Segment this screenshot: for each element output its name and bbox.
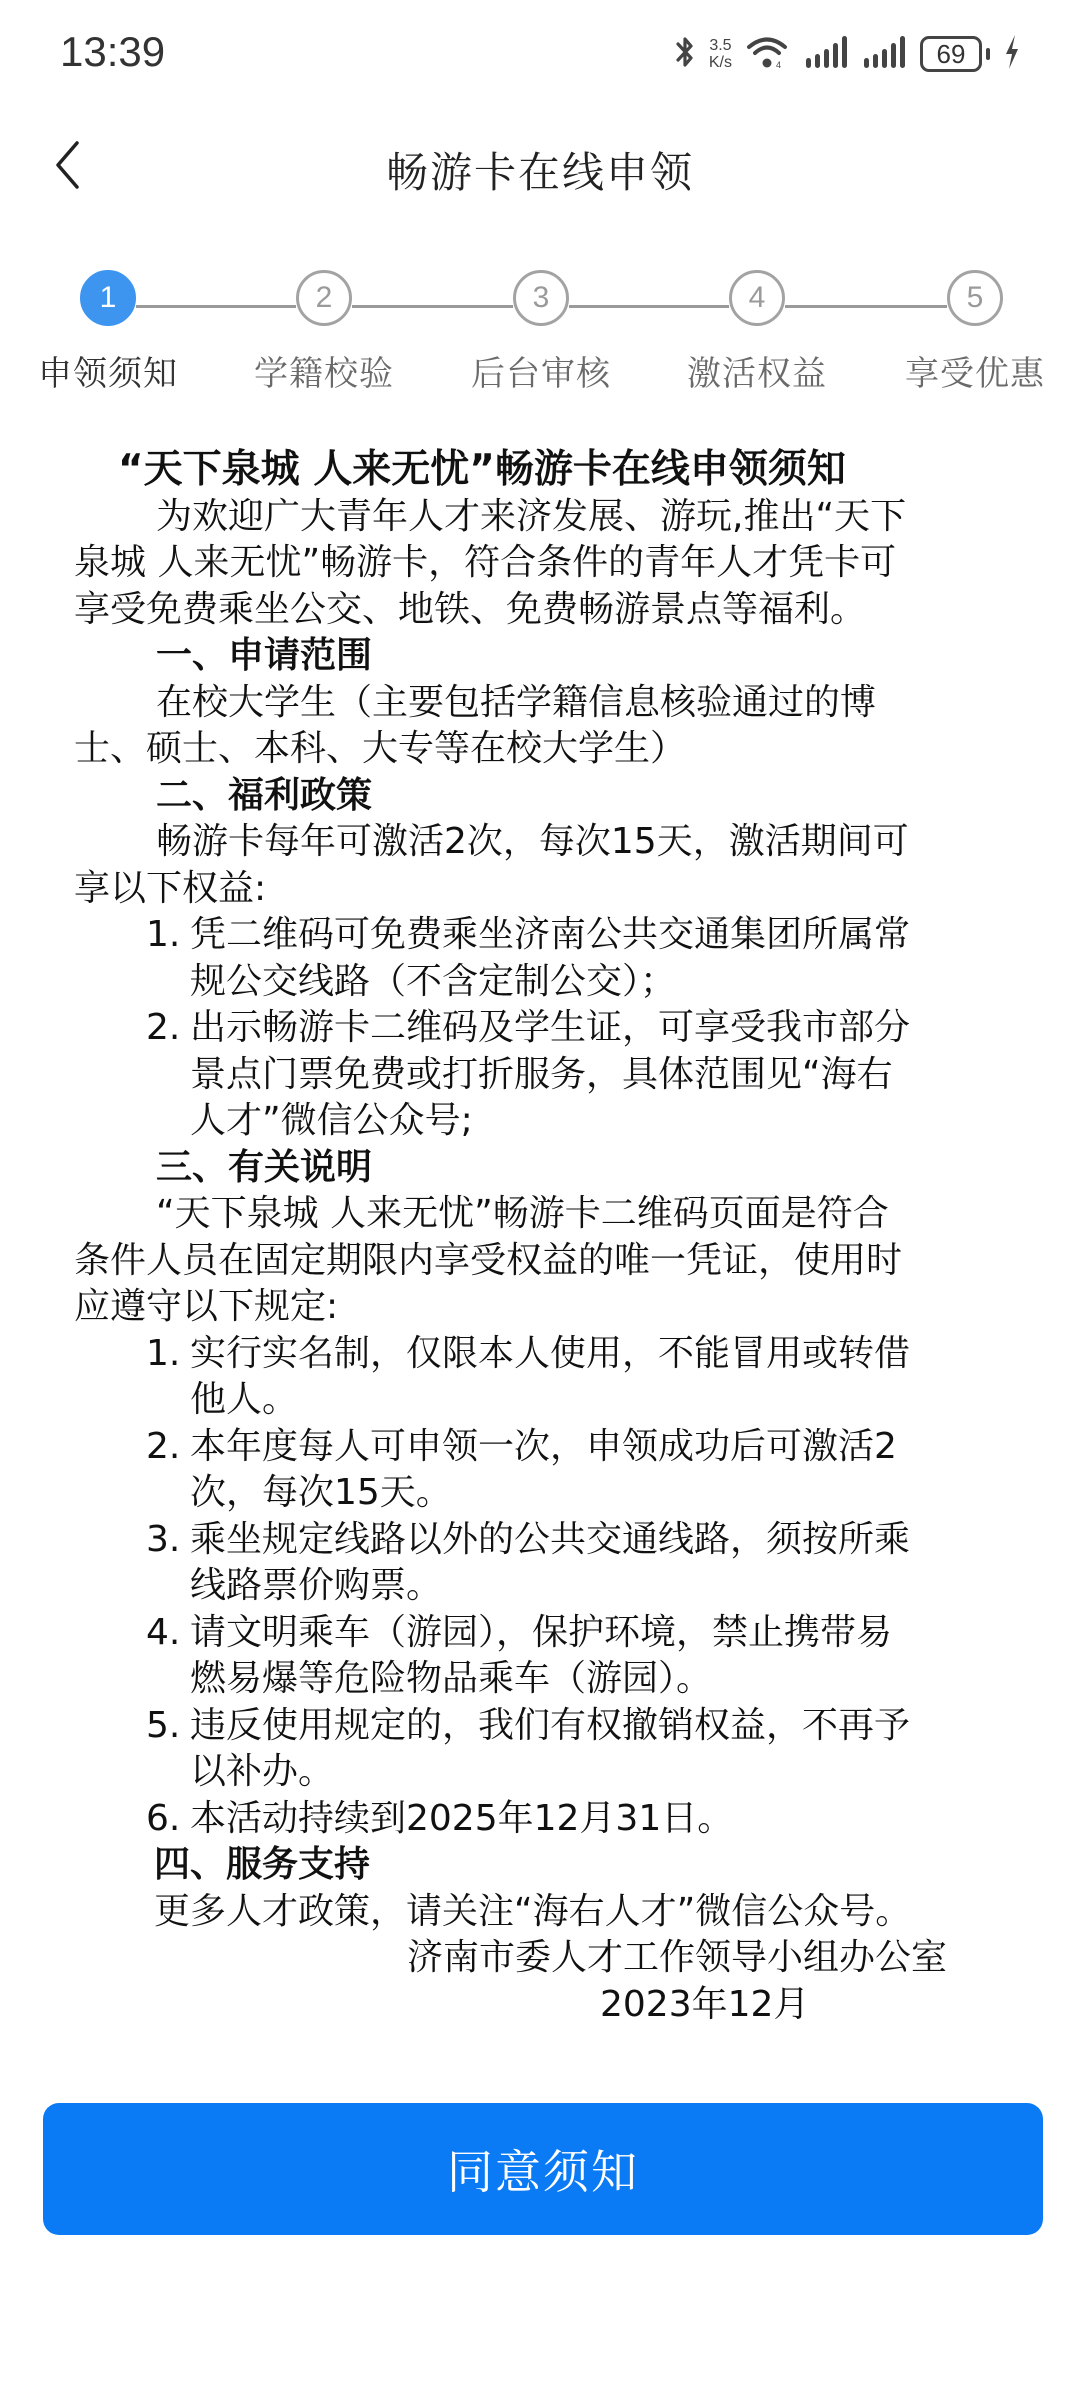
- list-item-continuation: 景点门票免费或打折服务，具体范围见“海右: [74, 1052, 1004, 1099]
- list-number: 2.: [146, 1005, 190, 1052]
- step-5: 5 享受优惠: [875, 270, 1075, 395]
- net-speed-unit: K/s: [709, 54, 732, 71]
- intro-paragraph-line: 享受免费乘坐公交、地铁、免费畅游景点等福利。: [74, 587, 1004, 634]
- section-text-line: 在校大学生（主要包括学籍信息核验通过的博: [74, 680, 1004, 727]
- list-item-continuation: 线路票价购票。: [74, 1563, 1004, 1610]
- step-number: 5: [947, 270, 1003, 326]
- net-speed-value: 3.5: [709, 37, 731, 54]
- step-number: 3: [513, 270, 569, 326]
- list-text: 出示畅游卡二维码及学生证，可享受我市部分: [190, 1007, 910, 1048]
- step-label: 申领须知: [38, 346, 178, 395]
- list-item: 1.凭二维码可免费乘坐济南公共交通集团所属常: [74, 912, 1004, 959]
- battery-icon: 69: [920, 36, 982, 72]
- section-heading-notes: 三、有关说明: [74, 1145, 1004, 1192]
- list-text: 乘坐规定线路以外的公共交通线路，须按所乘: [190, 1519, 910, 1560]
- list-number: 4.: [146, 1610, 190, 1657]
- list-item-continuation: 次，每次15天。: [74, 1470, 1004, 1517]
- list-item: 5.违反使用规定的，我们有权撤销权益，不再予: [74, 1703, 1004, 1750]
- section-text-line: 士、硕士、本科、大专等在校大学生）: [74, 726, 1004, 773]
- step-number: 2: [296, 270, 352, 326]
- section-text-line: “天下泉城 人来无忧”畅游卡二维码页面是符合: [74, 1191, 1004, 1238]
- list-number: 3.: [146, 1517, 190, 1564]
- step-label: 学籍校验: [254, 346, 394, 395]
- status-icons: 3.5 K/s 4: [675, 34, 1020, 74]
- list-text: 请文明乘车（游园），保护环境，禁止携带易: [190, 1612, 892, 1653]
- agree-notice-button[interactable]: 同意须知: [43, 2103, 1043, 2235]
- status-bar: 13:39 3.5 K/s 4: [0, 0, 1080, 100]
- list-text: 本活动持续到2025年12月31日。: [190, 1798, 733, 1839]
- section-text-line: 畅游卡每年可激活2次，每次15天，激活期间可: [74, 819, 1004, 866]
- list-number: 6.: [146, 1796, 190, 1843]
- list-item: 2.本年度每人可申领一次，申领成功后可激活2: [74, 1424, 1004, 1471]
- list-item-continuation: 他人。: [74, 1377, 1004, 1424]
- notice-content: “天下泉城 人来无忧”畅游卡在线申领须知 为欢迎广大青年人才来济发展、游玩,推出…: [74, 447, 1004, 2028]
- section-heading-scope: 一、申请范围: [74, 633, 1004, 680]
- list-number: 1.: [146, 912, 190, 959]
- intro-paragraph-line: 为欢迎广大青年人才来济发展、游玩,推出“天下: [74, 494, 1004, 541]
- battery-level: 69: [937, 39, 966, 70]
- step-number: 4: [729, 270, 785, 326]
- battery-nub: [986, 48, 990, 60]
- step-label: 激活权益: [687, 346, 827, 395]
- charging-bolt-icon: [1004, 34, 1020, 74]
- section-text-line: 条件人员在固定期限内享受权益的唯一凭证，使用时: [74, 1238, 1004, 1285]
- list-number: 1.: [146, 1331, 190, 1378]
- step-3: 3 后台审核: [441, 270, 641, 395]
- signal-icon: [804, 34, 848, 74]
- list-item: 2.出示畅游卡二维码及学生证，可享受我市部分: [74, 1005, 1004, 1052]
- list-number: 2.: [146, 1424, 190, 1471]
- section-text-line: 享以下权益:: [74, 866, 1004, 913]
- step-1: 1 申领须知: [8, 270, 208, 395]
- notice-title: “天下泉城 人来无忧”畅游卡在线申领须知: [74, 447, 1004, 494]
- step-number: 1: [80, 270, 136, 326]
- list-item-continuation: 以补办。: [74, 1749, 1004, 1796]
- step-4: 4 激活权益: [657, 270, 857, 395]
- status-time: 13:39: [60, 28, 165, 76]
- step-label: 后台审核: [471, 346, 611, 395]
- list-text: 本年度每人可申领一次，申领成功后可激活2: [190, 1426, 897, 1467]
- section-text-line: 应遵守以下规定:: [74, 1284, 1004, 1331]
- list-item-continuation: 燃易爆等危险物品乘车（游园）。: [74, 1656, 1004, 1703]
- section-heading-support: 四、服务支持: [74, 1842, 1004, 1889]
- progress-stepper: 1 申领须知 2 学籍校验 3 后台审核 4 激活权益 5 享受优惠: [0, 270, 1080, 410]
- page-title: 畅游卡在线申领: [0, 140, 1080, 200]
- wifi-icon: 4: [746, 34, 790, 74]
- step-label: 享受优惠: [905, 346, 1045, 395]
- section-text-line: 更多人才政策，请关注“海右人才”微信公众号。: [74, 1889, 1004, 1936]
- step-2: 2 学籍校验: [224, 270, 424, 395]
- list-item: 6.本活动持续到2025年12月31日。: [74, 1796, 1004, 1843]
- signature-org: 济南市委人才工作领导小组办公室: [74, 1935, 1004, 1982]
- list-item: 3.乘坐规定线路以外的公共交通线路，须按所乘: [74, 1517, 1004, 1564]
- network-speed: 3.5 K/s: [709, 37, 732, 71]
- list-text: 实行实名制，仅限本人使用，不能冒用或转借: [190, 1333, 910, 1374]
- list-text: 凭二维码可免费乘坐济南公共交通集团所属常: [190, 914, 910, 955]
- list-item: 4.请文明乘车（游园），保护环境，禁止携带易: [74, 1610, 1004, 1657]
- nav-header: 畅游卡在线申领: [0, 120, 1080, 212]
- bluetooth-icon: [675, 34, 695, 74]
- signature-date: 2023年12月: [74, 1982, 1004, 2029]
- list-item-continuation: 人才”微信公众号;: [74, 1098, 1004, 1145]
- section-heading-benefits: 二、福利政策: [74, 773, 1004, 820]
- list-item: 1.实行实名制，仅限本人使用，不能冒用或转借: [74, 1331, 1004, 1378]
- signal-icon: [862, 34, 906, 74]
- list-number: 5.: [146, 1703, 190, 1750]
- svg-text:4: 4: [776, 60, 781, 70]
- list-text: 违反使用规定的，我们有权撤销权益，不再予: [190, 1705, 910, 1746]
- list-item-continuation: 规公交线路（不含定制公交）；: [74, 959, 1004, 1006]
- intro-paragraph-line: 泉城 人来无忧”畅游卡，符合条件的青年人才凭卡可: [74, 540, 1004, 587]
